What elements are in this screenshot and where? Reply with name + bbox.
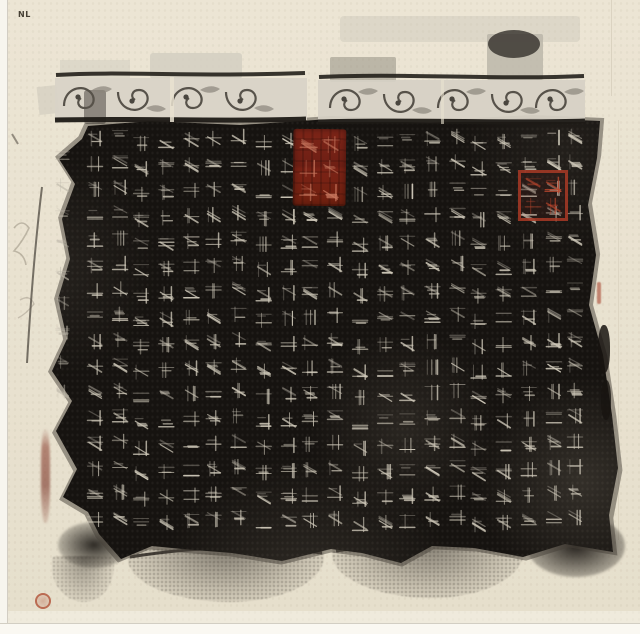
red-ink-streak [41,428,50,523]
rubbing-scan: NL [0,0,640,634]
scan-edge-strip [0,623,640,634]
solid-square-seal [293,129,347,207]
ink-smudge [598,325,610,373]
round-seal [35,593,51,609]
scan-edge-strip [0,611,640,623]
collection-mark: NL [18,10,31,19]
paper-crease [611,0,612,96]
outline-square-seal [518,170,568,221]
seal-characters [293,129,347,207]
scan-edge-strip [0,0,8,634]
seal-characters [521,173,565,218]
red-ink-mark [597,282,601,304]
ink-smudge [601,380,611,420]
